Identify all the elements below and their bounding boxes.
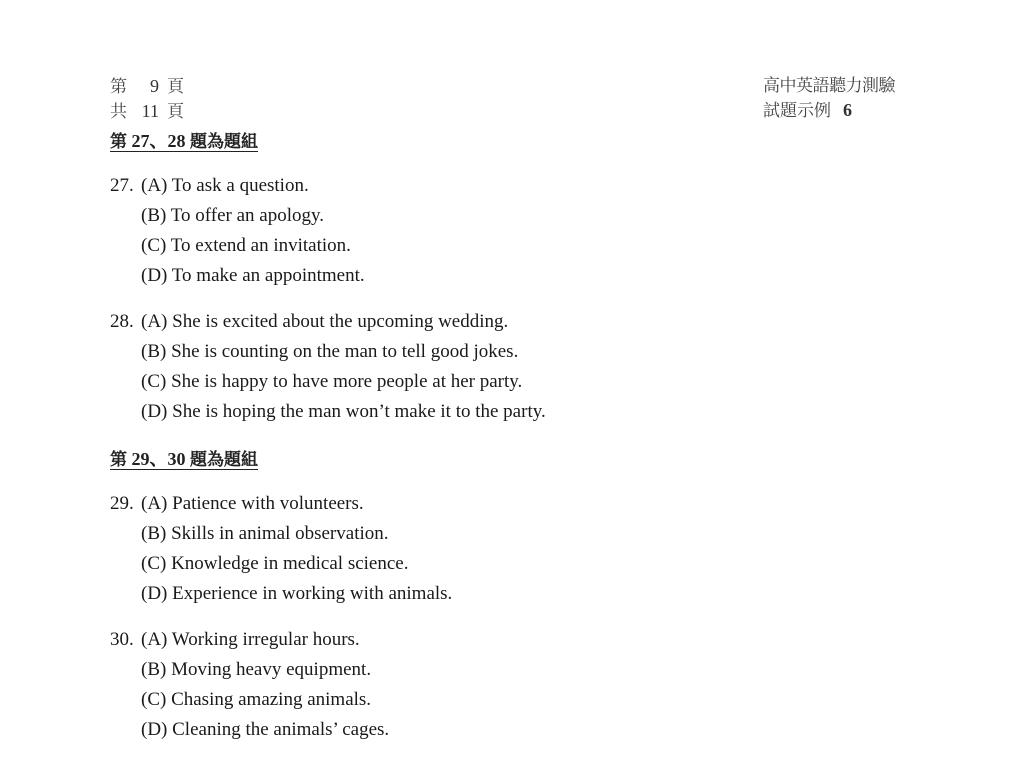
option-text: (C) Chasing amazing animals. (141, 689, 371, 711)
option-text: (D) She is hoping the man won’t make it … (141, 401, 546, 423)
sample-label: 試題示例 (763, 101, 831, 121)
option-text: (D) Cleaning the animals’ cages. (141, 719, 389, 741)
option-text: (C) To extend an invitation. (141, 235, 351, 257)
total-label-suffix: 頁 (167, 100, 184, 124)
question-number: 30. (110, 629, 134, 651)
page-label-prefix: 第 (110, 75, 127, 99)
option-text: (B) To offer an apology. (141, 205, 324, 227)
page-number: 9 (127, 74, 159, 98)
total-pages-number: 11 (127, 99, 159, 123)
option-text: (B) Skills in animal observation. (141, 523, 389, 545)
group-title-prefix: 第 (110, 132, 127, 152)
question-number: 27. (110, 175, 134, 197)
exam-header: 高中英語聽力測驗 試題示例6 (763, 74, 895, 123)
option-text: (C) Knowledge in medical science. (141, 553, 408, 575)
sample-number: 6 (843, 100, 852, 120)
group-title-suffix: 題為題組 (190, 132, 258, 152)
group-title-29-30: 第 29、30 題為題組 (110, 445, 258, 471)
total-pages: 共 11 頁 (110, 99, 184, 124)
page-label-suffix: 頁 (167, 75, 184, 99)
group-title-27-28: 第 27、28 題為題組 (110, 127, 258, 153)
question-number: 28. (110, 311, 134, 333)
option-text: (D) To make an appointment. (141, 265, 365, 287)
option-text: (C) She is happy to have more people at … (141, 371, 522, 393)
current-page: 第 9 頁 (110, 74, 184, 99)
option-text: (A) She is excited about the upcoming we… (141, 311, 508, 333)
page-info: 第 9 頁 共 11 頁 (110, 74, 184, 124)
group-title-prefix: 第 (110, 450, 127, 470)
sample-label-row: 試題示例6 (763, 98, 895, 123)
option-text: (A) Patience with volunteers. (141, 493, 364, 515)
group-title-range: 27、28 (132, 131, 186, 151)
exam-title: 高中英語聽力測驗 (763, 74, 895, 98)
option-text: (A) Working irregular hours. (141, 629, 360, 651)
option-text: (B) She is counting on the man to tell g… (141, 341, 518, 363)
total-label-prefix: 共 (110, 100, 127, 124)
group-title-range: 29、30 (132, 449, 186, 469)
option-text: (D) Experience in working with animals. (141, 583, 452, 605)
group-title-suffix: 題為題組 (190, 450, 258, 470)
question-number: 29. (110, 493, 134, 515)
option-text: (A) To ask a question. (141, 175, 309, 197)
option-text: (B) Moving heavy equipment. (141, 659, 371, 681)
